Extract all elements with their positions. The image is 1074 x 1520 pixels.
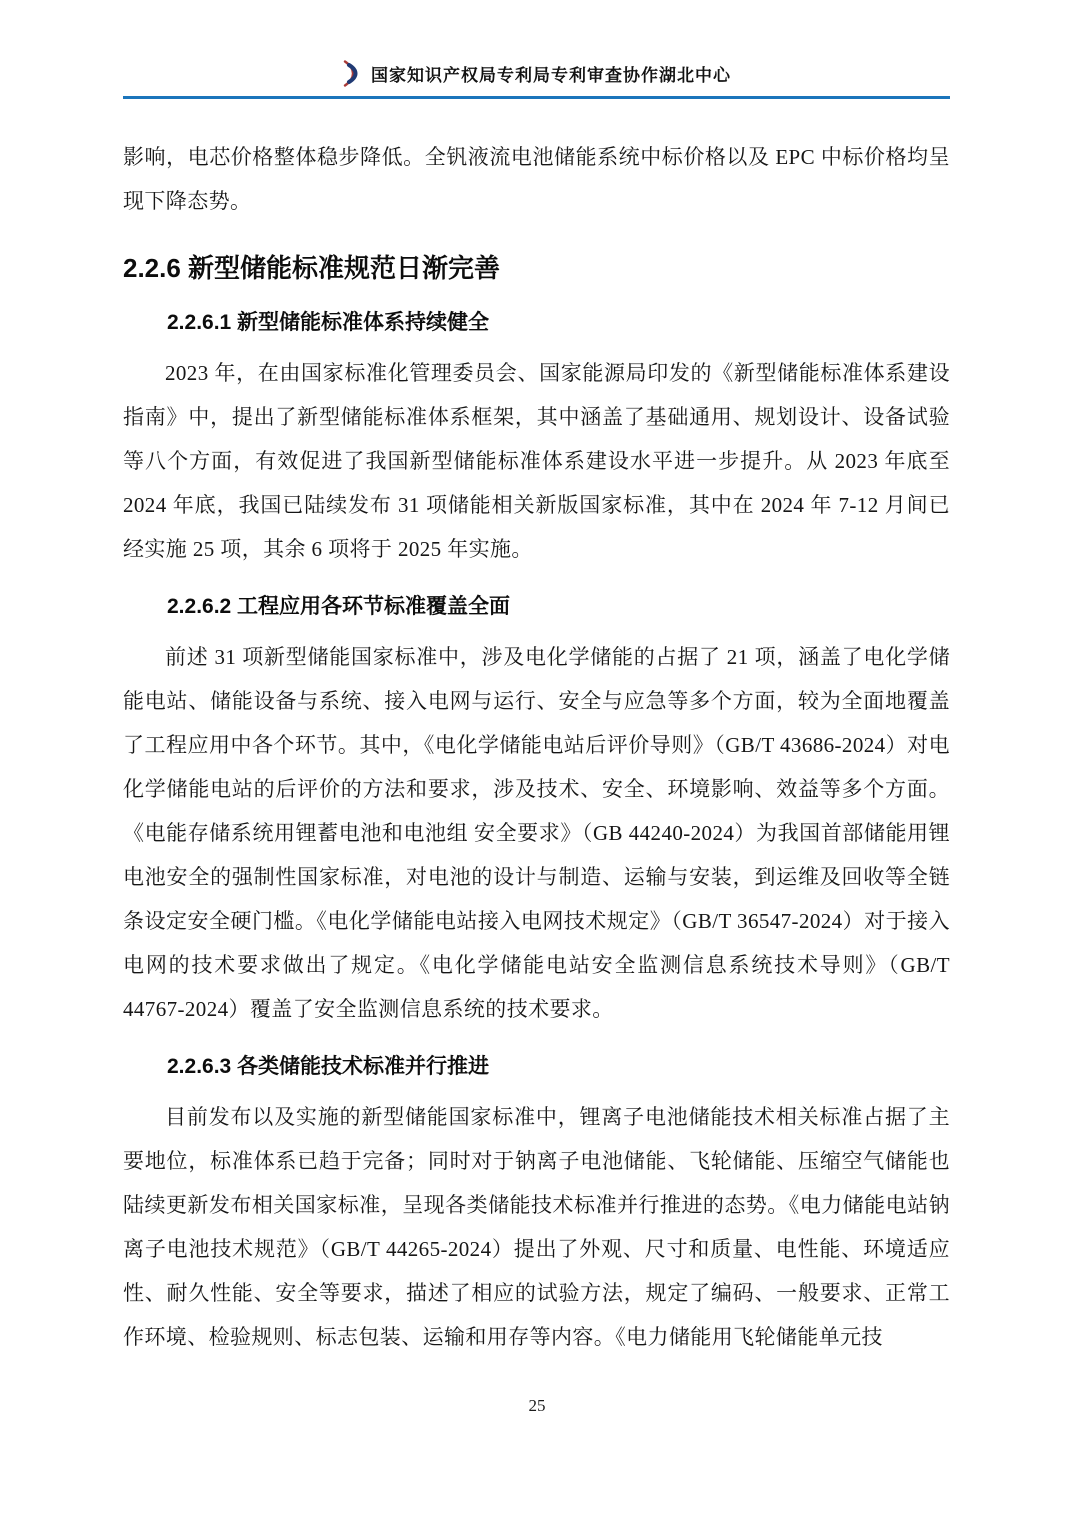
sub-heading-2-2-6-3: 2.2.6.3 各类储能技术标准并行推进 <box>123 1051 950 1083</box>
organization-name: 国家知识产权局专利局专利审查协作湖北中心 <box>371 61 731 86</box>
page-number: 25 <box>0 1396 1074 1416</box>
paragraph-2-2-6-1: 2023 年，在由国家标准化管理委员会、国家能源局印发的《新型储能标准体系建设指… <box>123 351 950 571</box>
sub-heading-2-2-6-1: 2.2.6.1 新型储能标准体系持续健全 <box>123 307 950 339</box>
section-heading-2-2-6: 2.2.6 新型储能标准规范日渐完善 <box>123 249 950 287</box>
page-header: 国家知识产权局专利局专利审查协作湖北中心 <box>123 60 950 99</box>
org-logo-icon <box>342 60 359 87</box>
document-page: 国家知识产权局专利局专利审查协作湖北中心 影响，电芯价格整体稳步降低。全钒液流电… <box>0 0 1074 1520</box>
sub-heading-2-2-6-2: 2.2.6.2 工程应用各环节标准覆盖全面 <box>123 591 950 623</box>
paragraph-2-2-6-3: 目前发布以及实施的新型储能国家标准中，锂离子电池储能技术相关标准占据了主要地位，… <box>123 1095 950 1359</box>
paragraph-2-2-6-2: 前述 31 项新型储能国家标准中，涉及电化学储能的占据了 21 项，涵盖了电化学… <box>123 635 950 1031</box>
intro-paragraph: 影响，电芯价格整体稳步降低。全钒液流电池储能系统中标价格以及 EPC 中标价格均… <box>123 135 950 223</box>
